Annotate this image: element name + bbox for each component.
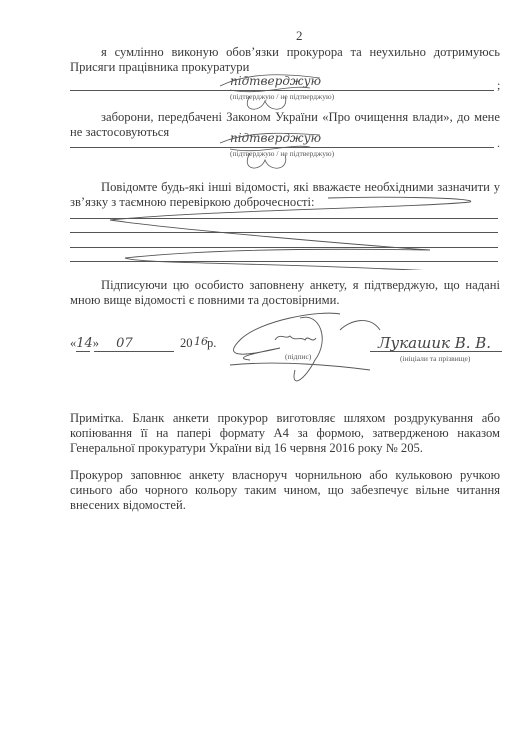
signature-scribble-icon bbox=[210, 66, 330, 116]
date-day-underline bbox=[76, 351, 90, 352]
note-filling-instructions: Прокурор заповнює анкету власноруч чорни… bbox=[70, 468, 500, 513]
paragraph-confirmation: Підписуючи цю особисто заповнену анкету,… bbox=[70, 278, 500, 308]
signature-scribble-icon bbox=[210, 125, 330, 175]
full-name-handwritten: Лукашик В. В. bbox=[378, 334, 491, 352]
date-field: «14» 07 bbox=[70, 336, 119, 351]
date-year-suffix: 16 bbox=[194, 335, 208, 348]
end-mark-lustration: . bbox=[497, 136, 500, 151]
date-year-unit: р. bbox=[207, 336, 216, 351]
name-underline bbox=[370, 351, 502, 352]
date-month: 07 bbox=[116, 336, 133, 351]
signature-caption: (підпис) bbox=[285, 352, 311, 361]
note-form-printing: Примітка. Бланк анкети прокурор виготовл… bbox=[70, 411, 500, 456]
date-year-prefix: 20 bbox=[180, 336, 193, 351]
name-caption: (ініціали та прізвище) bbox=[400, 354, 470, 363]
page-number: 2 bbox=[296, 28, 303, 44]
date-month-underline bbox=[94, 351, 174, 352]
strikethrough-scribble-icon bbox=[60, 190, 500, 270]
end-mark-oath: ; bbox=[497, 78, 500, 93]
date-day: 14 bbox=[76, 336, 93, 351]
